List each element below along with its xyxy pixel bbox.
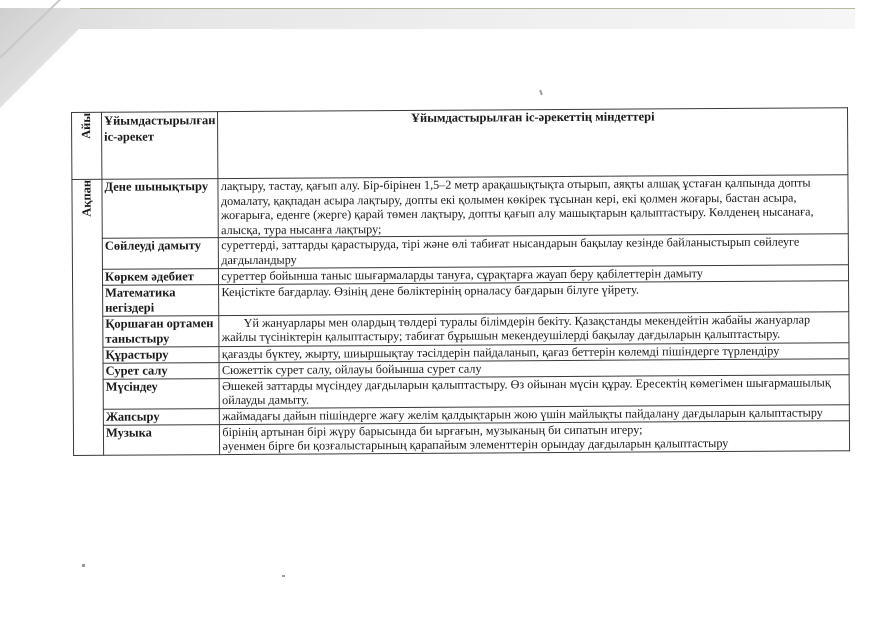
curriculum-table: Айы Ұйымдастырылған іс-әрекет Ұйымдастыр…	[71, 107, 850, 456]
tasks-cell: бірінің артынан бірі жүру барысында би ы…	[220, 421, 850, 455]
folded-corner	[0, 8, 80, 108]
scan-speck	[82, 564, 85, 567]
tasks-cell: суреттерді, заттарды қарастыруда, тірі ж…	[219, 234, 849, 268]
header-activity: Ұйымдастырылған іс-әрекет	[102, 112, 219, 180]
activity-cell: Мүсіндеу	[103, 378, 220, 409]
table-row: Математика негіздері Кеңістікте бағдарла…	[73, 280, 849, 316]
table-row: Музыка бірінің артынан бірі жүру барысын…	[73, 421, 849, 456]
table-row: Қоршаған ортамен таныстыру Үй жануарлары…	[73, 311, 849, 347]
scan-speck	[539, 90, 543, 95]
tasks-cell: Кеңістікте бағдарлау. Өзінің дене бөлікт…	[219, 280, 849, 315]
tasks-cell: Үй жануарлары мен олардың төлдері туралы…	[219, 311, 849, 346]
scan-margin	[0, 0, 876, 8]
scanner-shadow-band	[0, 8, 855, 29]
tasks-cell: лақтыру, тастау, қағып алу. Бір-бірінен …	[218, 175, 848, 238]
activity-cell: Дене шынықтыру	[102, 179, 219, 239]
table-row: Сөйлеуді дамыту суреттерді, заттарды қар…	[72, 234, 848, 269]
tasks-line: әуенмен бірге би қозғалыстарының қарапай…	[222, 436, 847, 454]
header-tasks: Ұйымдастырылған іс-әрекеттің міндеттері	[218, 108, 848, 179]
activity-cell: Көркем әдебиет	[102, 268, 218, 285]
activity-cell: Музыка	[103, 424, 220, 455]
activity-cell: Жапсыру	[103, 408, 219, 425]
table-row: Ақпан Дене шынықтыру лақтыру, тастау, қа…	[72, 175, 848, 239]
activity-cell: Математика негіздері	[103, 284, 220, 316]
tasks-cell: Әшекей заттарды мүсіндеу дағдыларын қалы…	[220, 374, 850, 408]
month-cell: Ақпан	[72, 179, 104, 455]
table-row: Мүсіндеу Әшекей заттарды мүсіндеу дағдыл…	[73, 374, 849, 409]
activity-cell: Қоршаған ортамен таныстыру	[103, 315, 220, 347]
scan-speck	[282, 575, 285, 577]
header-month: Айы	[72, 112, 102, 179]
table-header-row: Айы Ұйымдастырылған іс-әрекет Ұйымдастыр…	[72, 108, 848, 180]
activity-cell: Сөйлеуді дамыту	[102, 238, 219, 269]
activity-cell: Сурет салу	[103, 362, 219, 379]
activity-cell: Құрастыру	[103, 346, 219, 363]
